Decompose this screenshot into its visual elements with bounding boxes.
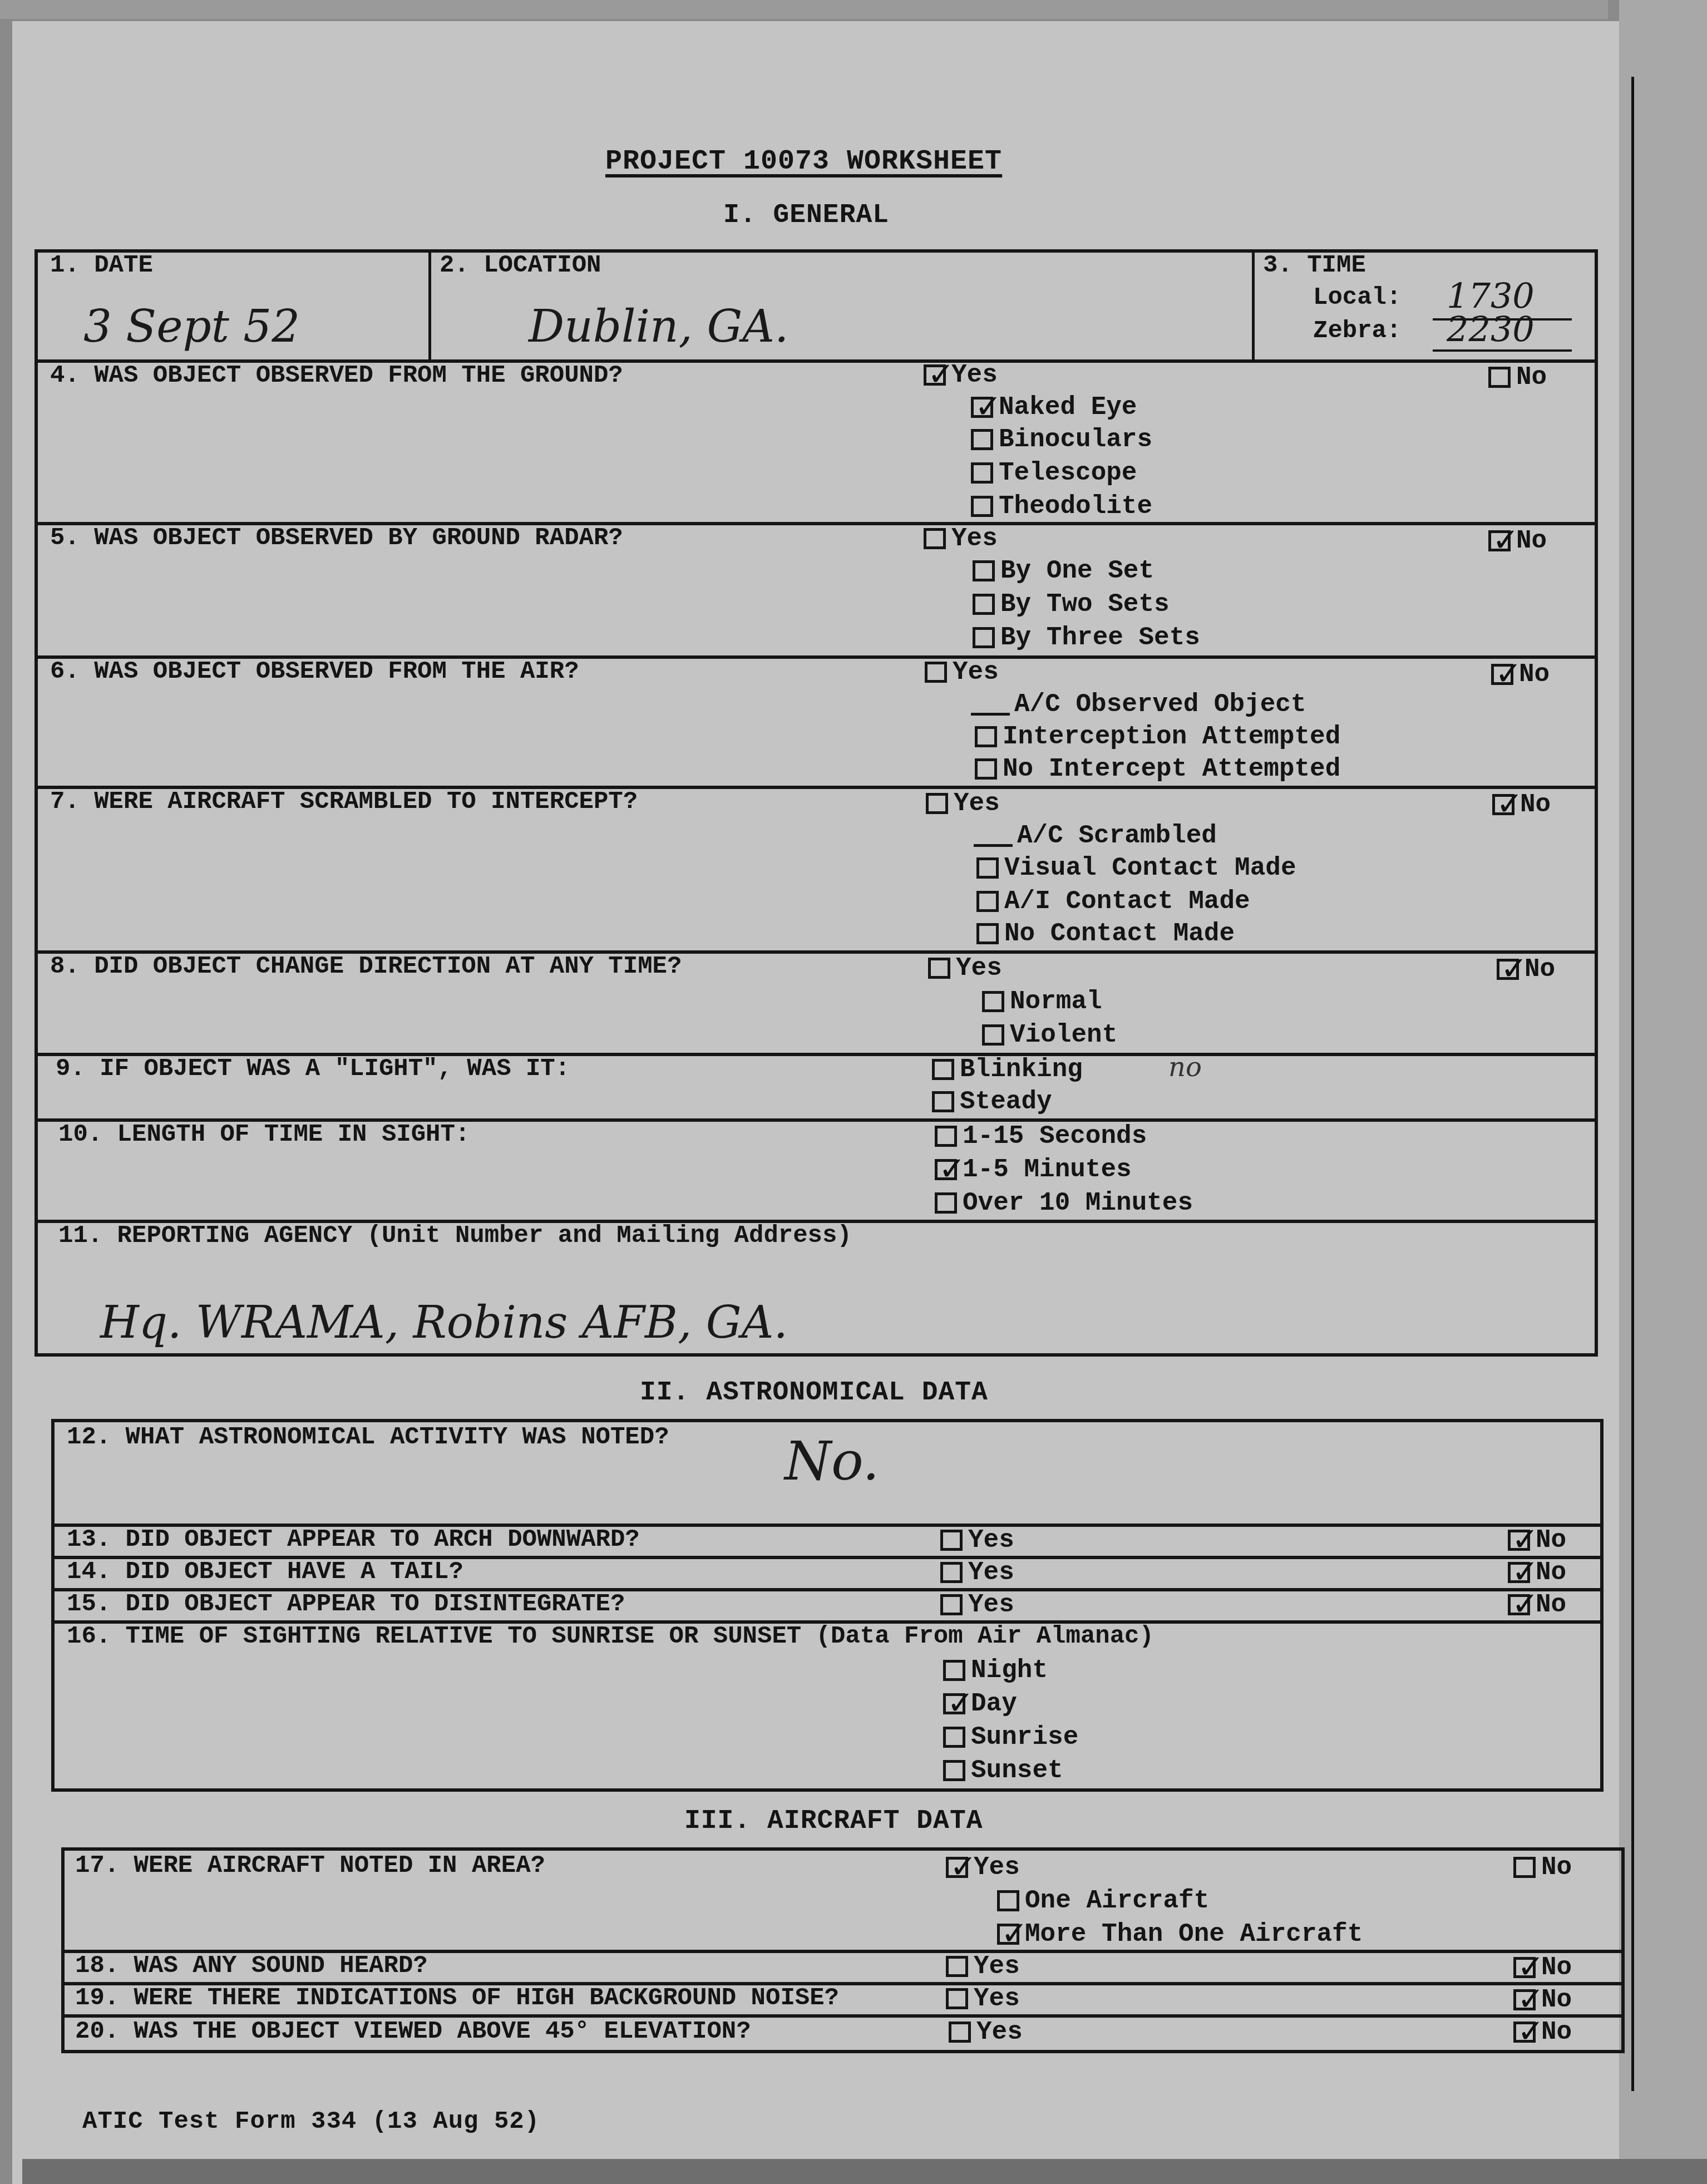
checkbox-icon[interactable] — [1508, 1562, 1530, 1583]
date-label: 1. DATE — [50, 252, 153, 279]
q19-yes[interactable]: Yes — [946, 1984, 1020, 2013]
blank-line[interactable] — [971, 694, 1010, 716]
blank-line[interactable] — [974, 825, 1013, 847]
q6-option-no-intercept[interactable]: No Intercept Attempted — [975, 755, 1340, 783]
date-value[interactable]: 3 Sept 52 — [83, 300, 300, 352]
q7-option-ac-scrambled[interactable]: A/C Scrambled — [974, 821, 1217, 850]
q4-yes[interactable]: Yes — [924, 361, 998, 390]
question-10: 10. LENGTH OF TIME IN SIGHT: — [58, 1121, 470, 1148]
q6-option-ac-observed[interactable]: A/C Observed Object — [971, 690, 1306, 719]
q7-yes[interactable]: Yes — [926, 789, 1000, 818]
checkbox-icon[interactable] — [1513, 2022, 1536, 2043]
checkbox-icon[interactable] — [943, 1727, 965, 1748]
astronomical-activity-value[interactable]: No. — [785, 1430, 880, 1492]
checkbox-icon[interactable] — [997, 1890, 1019, 1911]
checkbox-icon[interactable] — [932, 1059, 954, 1080]
reporting-agency-value[interactable]: Hq. WRAMA, Robins AFB, GA. — [100, 1296, 788, 1348]
q4-option-telescope[interactable]: Telescope — [971, 459, 1137, 487]
checkbox-icon[interactable] — [975, 726, 997, 747]
q8-option-violent[interactable]: Violent — [982, 1020, 1117, 1049]
checkbox-icon[interactable] — [926, 793, 948, 814]
time-local-label: Local: — [1313, 284, 1401, 312]
q15-yes[interactable]: Yes — [940, 1590, 1014, 1619]
q14-yes[interactable]: Yes — [940, 1558, 1014, 1587]
checkbox-icon[interactable] — [1513, 1957, 1536, 1978]
q17-option-one-aircraft[interactable]: One Aircraft — [997, 1886, 1209, 1915]
location-value[interactable]: Dublin, GA. — [529, 300, 789, 352]
checkbox-icon[interactable] — [971, 462, 993, 484]
q13-no[interactable]: No — [1508, 1526, 1566, 1555]
q5-option-two-sets[interactable]: By Two Sets — [973, 590, 1170, 619]
section-general-heading: I. GENERAL — [723, 200, 889, 230]
q8-option-normal[interactable]: Normal — [982, 987, 1102, 1016]
q5-yes[interactable]: Yes — [924, 524, 998, 553]
q5-option-three-sets[interactable]: By Three Sets — [973, 623, 1200, 652]
q7-no[interactable]: No — [1492, 790, 1551, 819]
form-footer: ATIC Test Form 334 (13 Aug 52) — [82, 2108, 540, 2136]
checkbox-icon[interactable] — [976, 891, 999, 912]
q16-option-sunrise[interactable]: Sunrise — [943, 1723, 1078, 1752]
question-20: 20. WAS THE OBJECT VIEWED ABOVE 45° ELEV… — [75, 2018, 751, 2045]
q10-option-over-10-minutes[interactable]: Over 10 Minutes — [935, 1189, 1193, 1217]
checkbox-icon[interactable] — [1513, 1989, 1536, 2010]
checkbox-icon[interactable] — [1497, 959, 1519, 980]
q4-no[interactable]: No — [1488, 363, 1547, 392]
q16-option-night[interactable]: Night — [943, 1656, 1048, 1685]
checkbox-icon[interactable] — [973, 627, 995, 648]
q7-option-visual-contact[interactable]: Visual Contact Made — [976, 854, 1296, 883]
checkbox-icon[interactable] — [925, 662, 947, 683]
checkbox-icon[interactable] — [1491, 664, 1513, 685]
question-11: 11. REPORTING AGENCY (Unit Number and Ma… — [58, 1222, 852, 1250]
question-18: 18. WAS ANY SOUND HEARD? — [75, 1952, 428, 1980]
q10-option-1-15-seconds[interactable]: 1-15 Seconds — [935, 1122, 1147, 1151]
time-label: 3. TIME — [1263, 252, 1366, 279]
checkbox-icon[interactable] — [946, 1956, 968, 1977]
question-5: 5. WAS OBJECT OBSERVED BY GROUND RADAR? — [50, 524, 623, 552]
question-14: 14. DID OBJECT HAVE A TAIL? — [67, 1558, 463, 1586]
q6-option-interception-attempted[interactable]: Interception Attempted — [975, 722, 1340, 751]
checkbox-icon[interactable] — [973, 594, 995, 615]
q19-no[interactable]: No — [1513, 1985, 1572, 2014]
location-label: 2. LOCATION — [440, 252, 601, 279]
section-aircraft-heading: III. AIRCRAFT DATA — [684, 1806, 983, 1836]
checkbox-icon[interactable] — [1488, 367, 1511, 388]
time-zebra-label: Zebra: — [1313, 317, 1401, 345]
checkbox-icon[interactable] — [971, 397, 993, 418]
checkbox-icon[interactable] — [946, 1988, 968, 2009]
checkbox-icon[interactable] — [1492, 794, 1514, 815]
q17-option-more-than-one[interactable]: More Than One Aircraft — [997, 1920, 1363, 1949]
q14-no[interactable]: No — [1508, 1558, 1566, 1587]
q9-annotation: no — [1168, 1052, 1202, 1083]
scan-top-edge — [0, 0, 1608, 19]
checkbox-icon[interactable] — [997, 1924, 1019, 1945]
checkbox-icon[interactable] — [1488, 530, 1511, 551]
scan-bottom-edge — [22, 2159, 1707, 2184]
checkbox-icon[interactable] — [1508, 1530, 1530, 1551]
checkbox-icon[interactable] — [928, 958, 950, 979]
question-8: 8. DID OBJECT CHANGE DIRECTION AT ANY TI… — [50, 953, 682, 980]
q10-option-1-5-minutes[interactable]: 1-5 Minutes — [935, 1155, 1132, 1184]
checkbox-icon[interactable] — [982, 1024, 1004, 1046]
checkbox-icon[interactable] — [1508, 1594, 1530, 1615]
checkbox-icon[interactable] — [971, 496, 993, 517]
checkbox-icon[interactable] — [940, 1594, 963, 1615]
checkbox-icon[interactable] — [1513, 1857, 1536, 1878]
checkbox-icon[interactable] — [940, 1562, 963, 1583]
checkbox-icon[interactable] — [982, 991, 1004, 1012]
checkbox-icon[interactable] — [943, 1693, 965, 1714]
q8-no[interactable]: No — [1497, 955, 1555, 984]
question-15: 15. DID OBJECT APPEAR TO DISINTEGRATE? — [67, 1590, 625, 1618]
q16-option-sunset[interactable]: Sunset — [943, 1756, 1063, 1785]
question-16: 16. TIME OF SIGHTING RELATIVE TO SUNRISE… — [67, 1623, 1154, 1650]
checkbox-icon[interactable] — [976, 923, 999, 944]
checkbox-icon[interactable] — [932, 1091, 954, 1112]
checkbox-icon[interactable] — [943, 1660, 965, 1681]
q7-option-ai-contact[interactable]: A/I Contact Made — [976, 887, 1250, 916]
checkbox-icon[interactable] — [940, 1530, 963, 1551]
checkbox-icon[interactable] — [943, 1760, 965, 1781]
q13-yes[interactable]: Yes — [940, 1526, 1014, 1555]
checkbox-icon[interactable] — [935, 1159, 957, 1180]
question-4: 4. WAS OBJECT OBSERVED FROM THE GROUND? — [50, 362, 623, 390]
checkbox-icon[interactable] — [973, 560, 995, 581]
document-title: PROJECT 10073 WORKSHEET — [605, 146, 1002, 178]
checkbox-icon[interactable] — [975, 758, 997, 780]
q6-no[interactable]: No — [1491, 660, 1550, 689]
q4-option-theodolite[interactable]: Theodolite — [971, 492, 1152, 521]
question-17: 17. WERE AIRCRAFT NOTED IN AREA? — [75, 1852, 545, 1880]
q6-yes[interactable]: Yes — [925, 658, 999, 687]
checkbox-icon[interactable] — [946, 1857, 968, 1878]
q9-option-blinking[interactable]: Blinking — [932, 1055, 1083, 1084]
checkbox-icon[interactable] — [976, 857, 999, 879]
q17-no[interactable]: No — [1513, 1853, 1572, 1882]
checkbox-icon[interactable] — [949, 2022, 971, 2043]
divider — [428, 249, 431, 361]
checkbox-icon[interactable] — [924, 364, 946, 386]
q17-yes[interactable]: Yes — [946, 1853, 1020, 1882]
question-7: 7. WERE AIRCRAFT SCRAMBLED TO INTERCEPT? — [50, 788, 638, 816]
question-6: 6. WAS OBJECT OBSERVED FROM THE AIR? — [50, 658, 579, 686]
checkbox-icon[interactable] — [971, 429, 993, 450]
q18-yes[interactable]: Yes — [946, 1952, 1020, 1981]
q5-no[interactable]: No — [1488, 526, 1547, 555]
checkbox-icon[interactable] — [935, 1192, 957, 1214]
question-12: 12. WHAT ASTRONOMICAL ACTIVITY WAS NOTED… — [67, 1423, 669, 1451]
question-13: 13. DID OBJECT APPEAR TO ARCH DOWNWARD? — [67, 1526, 640, 1554]
q16-option-day[interactable]: Day — [943, 1689, 1017, 1718]
underline — [1433, 349, 1572, 352]
question-19: 19. WERE THERE INDICATIONS OF HIGH BACKG… — [75, 1984, 839, 2012]
divider — [1252, 249, 1255, 361]
q20-yes[interactable]: Yes — [949, 2018, 1023, 2047]
q20-no[interactable]: No — [1513, 2018, 1572, 2047]
question-9: 9. IF OBJECT WAS A "LIGHT", WAS IT: — [56, 1055, 570, 1083]
q9-option-steady[interactable]: Steady — [932, 1087, 1052, 1116]
q8-yes[interactable]: Yes — [928, 954, 1002, 983]
q7-option-no-contact[interactable]: No Contact Made — [976, 919, 1235, 948]
q5-option-one-set[interactable]: By One Set — [973, 556, 1154, 585]
section-astronomical-heading: II. ASTRONOMICAL DATA — [640, 1378, 988, 1408]
q4-option-naked-eye[interactable]: Naked Eye — [971, 393, 1137, 422]
page-margin-line — [1631, 77, 1634, 2091]
checkbox-icon[interactable] — [935, 1126, 957, 1147]
time-zebra-value[interactable]: 2230 — [1447, 309, 1535, 349]
q4-option-binoculars[interactable]: Binoculars — [971, 425, 1152, 454]
q15-no[interactable]: No — [1508, 1590, 1566, 1619]
q18-no[interactable]: No — [1513, 1953, 1572, 1982]
checkbox-icon[interactable] — [924, 528, 946, 549]
